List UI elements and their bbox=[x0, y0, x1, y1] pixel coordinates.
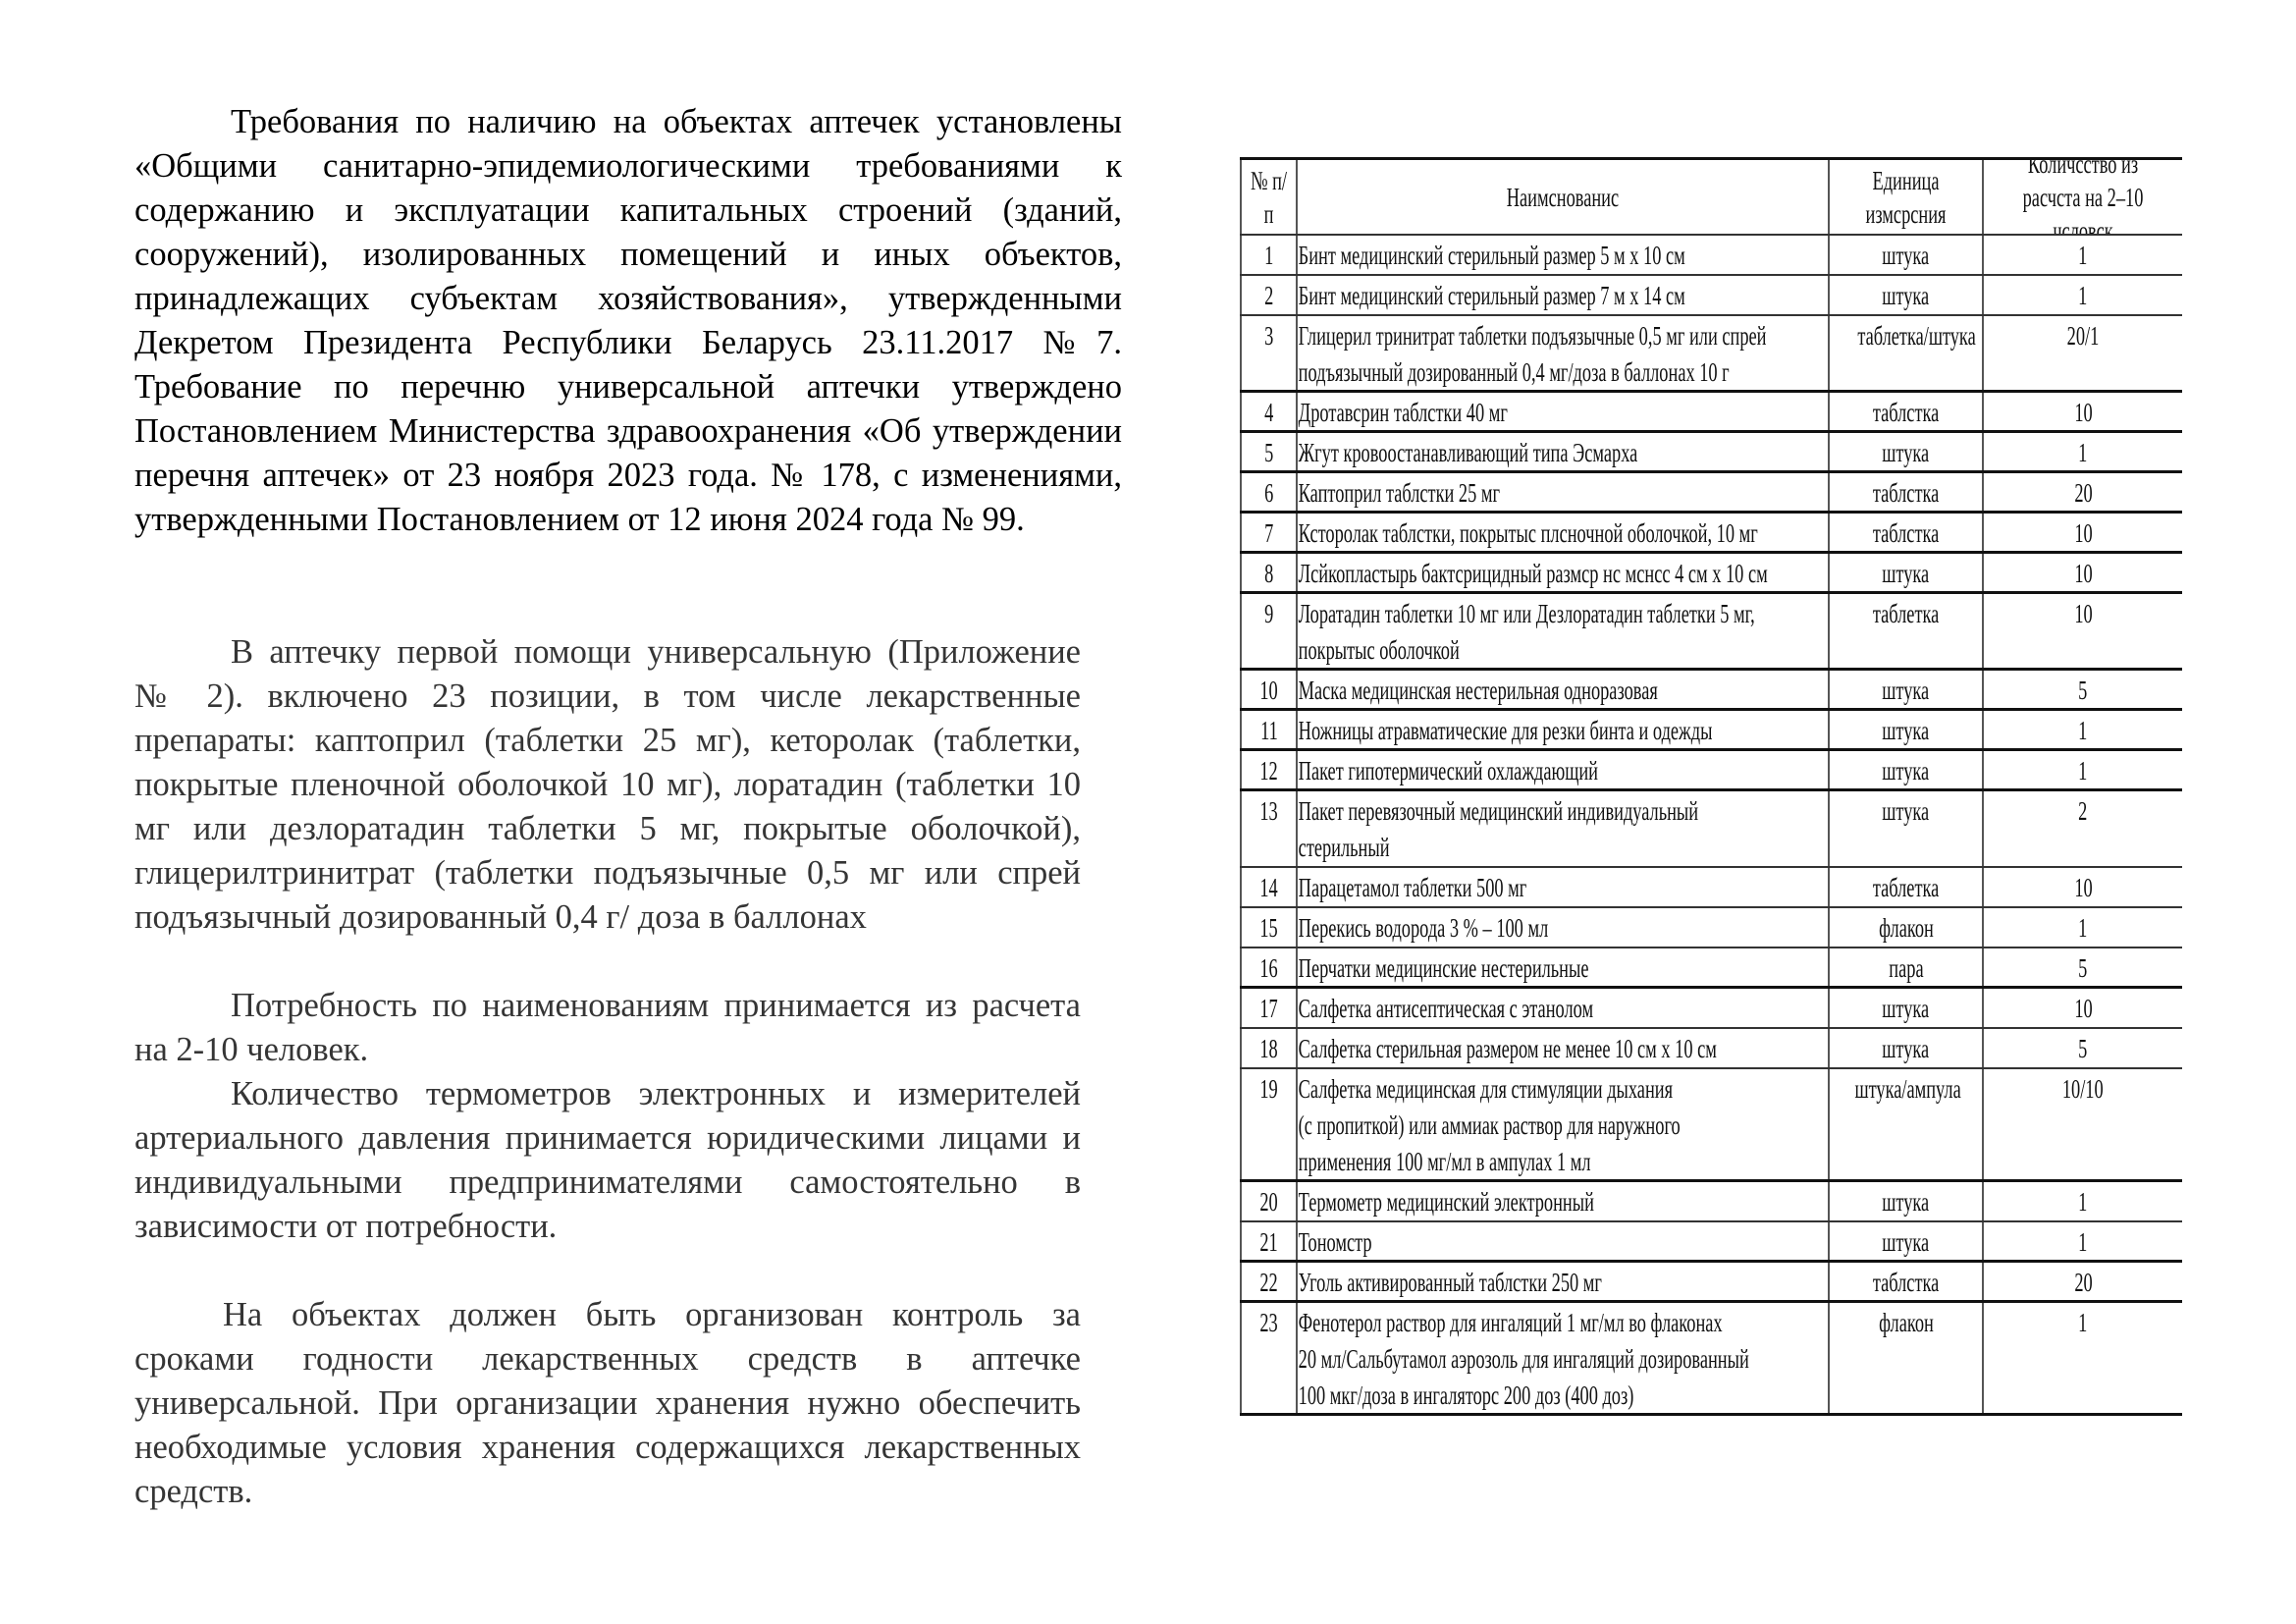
cell-number: 12 bbox=[1240, 751, 1296, 788]
item-quantity: 10 bbox=[2074, 556, 2092, 591]
row-number: 23 bbox=[1259, 1305, 1277, 1341]
paragraph-expiry-control: На объектах должен быть организован конт… bbox=[134, 1293, 1081, 1514]
table-row: 11Ножницы атравматические для резки бинт… bbox=[1240, 711, 2182, 751]
row-number: 16 bbox=[1259, 950, 1277, 986]
cell-name: Дротавсрин таблстки 40 мг bbox=[1296, 393, 1828, 430]
table-row: 1Бинт медицинский стерильный размер 5 м … bbox=[1240, 236, 2182, 276]
cell-name: Бинт медицинский стерильный размер 5 м х… bbox=[1296, 236, 1828, 274]
table-row: 8Лсйкопластырь бактсрицидный размср нс м… bbox=[1240, 554, 2182, 594]
cell-number: 2 bbox=[1240, 276, 1296, 314]
cell-name: Салфетка антисептическая с этанолом bbox=[1296, 989, 1828, 1027]
header-unit-label: Единица измсрсния bbox=[1854, 164, 1957, 231]
header-number-label: № п/п bbox=[1251, 164, 1287, 231]
table-row: 18Салфетка стерильная размером не менее … bbox=[1240, 1029, 2182, 1069]
item-unit: штука bbox=[1883, 435, 1930, 470]
cell-name: Пакет перевязочный медицинский индивидуа… bbox=[1296, 791, 1828, 866]
item-name-line: Термометр медицинский электронный bbox=[1298, 1184, 1594, 1220]
cell-number: 8 bbox=[1240, 554, 1296, 591]
cell-number: 4 bbox=[1240, 393, 1296, 430]
cell-quantity: 1 bbox=[1982, 711, 2182, 748]
cell-name: Жгут кровоостанавливающий типа Эсмарха bbox=[1296, 433, 1828, 470]
item-name-line: стерильный bbox=[1298, 830, 1390, 866]
item-name-line: применения 100 мг/мл в ампулах 1 мл bbox=[1298, 1144, 1591, 1179]
paragraph-kit-contents: В аптечку первой помощи универсальную (П… bbox=[134, 630, 1081, 940]
item-name-line: подъязычный дозированный 0,4 мг/доза в б… bbox=[1298, 354, 1730, 390]
item-quantity: 1 bbox=[2078, 238, 2087, 274]
table-row: 6Каптоприл таблстки 25 мгтаблстка20 bbox=[1240, 473, 2182, 514]
cell-unit: таблстка bbox=[1828, 1263, 1982, 1300]
table-row: 12Пакет гипотермический охлаждающийштука… bbox=[1240, 751, 2182, 791]
row-number: 5 bbox=[1264, 435, 1273, 470]
cell-number: 18 bbox=[1240, 1029, 1296, 1067]
cell-quantity: 10 bbox=[1982, 868, 2182, 906]
table-row: 10Маска медицинская нестерильная однораз… bbox=[1240, 671, 2182, 711]
cell-number: 10 bbox=[1240, 671, 1296, 708]
cell-unit: штука bbox=[1828, 989, 1982, 1027]
row-number: 19 bbox=[1259, 1071, 1277, 1108]
cell-name: Маска медицинская нестерильная одноразов… bbox=[1296, 671, 1828, 708]
item-name-line: Перекись водорода 3 % – 100 мл bbox=[1298, 910, 1548, 947]
item-name-line: Ножницы атравматические для резки бинта … bbox=[1298, 713, 1712, 748]
cell-unit: таблетка bbox=[1828, 594, 1982, 668]
item-quantity: 5 bbox=[2078, 950, 2087, 986]
cell-name: Термометр медицинский электронный bbox=[1296, 1182, 1828, 1220]
cell-quantity: 10 bbox=[1982, 514, 2182, 551]
row-number: 22 bbox=[1259, 1265, 1277, 1300]
item-name-line: Салфетка стерильная размером не менее 10… bbox=[1298, 1031, 1717, 1067]
item-unit: штука bbox=[1883, 753, 1930, 788]
table-row: 20Термометр медицинский электронныйштука… bbox=[1240, 1182, 2182, 1222]
table-row: 13Пакет перевязочный медицинский индивид… bbox=[1240, 791, 2182, 868]
row-number: 4 bbox=[1264, 395, 1273, 430]
row-number: 6 bbox=[1264, 475, 1273, 511]
cell-number: 13 bbox=[1240, 791, 1296, 866]
header-name-label: Наимснованис bbox=[1506, 181, 1619, 214]
cell-unit: флакон bbox=[1828, 1303, 1982, 1413]
row-number: 20 bbox=[1259, 1184, 1277, 1220]
paragraph-thermometers-tonometers: Количество термометров электронных и изм… bbox=[134, 1072, 1081, 1249]
cell-number: 16 bbox=[1240, 948, 1296, 986]
item-name-line: Бинт медицинский стерильный размер 5 м х… bbox=[1298, 238, 1685, 274]
item-quantity: 1 bbox=[2078, 753, 2087, 788]
cell-unit: штука bbox=[1828, 236, 1982, 274]
cell-unit: штука bbox=[1828, 791, 1982, 866]
cell-quantity: 10 bbox=[1982, 594, 2182, 668]
row-number: 13 bbox=[1259, 793, 1277, 830]
item-unit: таблстка bbox=[1873, 475, 1939, 511]
cell-number: 19 bbox=[1240, 1069, 1296, 1179]
cell-name: Бинт медицинский стерильный размер 7 м х… bbox=[1296, 276, 1828, 314]
table-header-row: № п/п Наимснованис Единица измсрсния Кол… bbox=[1240, 160, 2182, 236]
item-unit: флакон bbox=[1879, 1305, 1934, 1341]
item-unit: штука bbox=[1883, 793, 1930, 830]
row-number: 10 bbox=[1259, 673, 1277, 708]
item-name-line: 20 мл/Сальбутамол аэрозоль для ингаляций… bbox=[1298, 1341, 1749, 1378]
item-unit: штука bbox=[1883, 278, 1930, 314]
cell-number: 5 bbox=[1240, 433, 1296, 470]
row-number: 9 bbox=[1264, 596, 1273, 632]
row-number: 17 bbox=[1259, 991, 1277, 1027]
cell-quantity: 1 bbox=[1982, 1222, 2182, 1260]
cell-number: 23 bbox=[1240, 1303, 1296, 1413]
cell-number: 7 bbox=[1240, 514, 1296, 551]
cell-unit: штука bbox=[1828, 276, 1982, 314]
row-number: 3 bbox=[1264, 318, 1273, 354]
header-quantity-label: Количсство из расчста на 2–10 чсловск bbox=[2015, 160, 2150, 234]
cell-name: Парацетамол таблетки 500 мг bbox=[1296, 868, 1828, 906]
cell-quantity: 10 bbox=[1982, 554, 2182, 591]
item-quantity: 10/10 bbox=[2062, 1071, 2104, 1108]
item-unit: таблстка bbox=[1873, 515, 1939, 551]
cell-quantity: 1 bbox=[1982, 1182, 2182, 1220]
item-unit: пара bbox=[1889, 950, 1923, 986]
item-name-line: (с пропиткой) или аммиак раствор для нар… bbox=[1298, 1108, 1681, 1144]
item-unit: штука bbox=[1883, 1184, 1930, 1220]
item-quantity: 5 bbox=[2078, 1031, 2087, 1067]
item-quantity: 10 bbox=[2074, 395, 2092, 430]
item-name-line: 100 мкг/доза в ингаляторс 200 доз (400 д… bbox=[1298, 1378, 1633, 1413]
cell-name: Уголь активированный таблстки 250 мг bbox=[1296, 1263, 1828, 1300]
item-quantity: 20 bbox=[2074, 475, 2092, 511]
header-quantity: Количсство из расчста на 2–10 чсловск bbox=[1982, 160, 2182, 234]
cell-unit: штука bbox=[1828, 1222, 1982, 1260]
cell-number: 20 bbox=[1240, 1182, 1296, 1220]
row-number: 1 bbox=[1264, 238, 1273, 274]
item-unit: штука bbox=[1883, 556, 1930, 591]
cell-name: Лоратадин таблетки 10 мг или Дезлоратади… bbox=[1296, 594, 1828, 668]
table-row: 21Тономстрштука1 bbox=[1240, 1222, 2182, 1263]
cell-name: Перекись водорода 3 % – 100 мл bbox=[1296, 908, 1828, 947]
cell-name: Ножницы атравматические для резки бинта … bbox=[1296, 711, 1828, 748]
item-name-line: Лоратадин таблетки 10 мг или Дезлоратади… bbox=[1298, 596, 1755, 632]
table-row: 3Глицерил тринитрат таблетки подъязычные… bbox=[1240, 316, 2182, 393]
row-number: 8 bbox=[1264, 556, 1273, 591]
cell-number: 15 bbox=[1240, 908, 1296, 947]
cell-name: Фенотерол раствор для ингаляций 1 мг/мл … bbox=[1296, 1303, 1828, 1413]
row-number: 11 bbox=[1260, 713, 1278, 748]
cell-quantity: 20/1 bbox=[1982, 316, 2182, 390]
item-unit: штука bbox=[1883, 238, 1930, 274]
item-quantity: 10 bbox=[2074, 991, 2092, 1027]
cell-number: 21 bbox=[1240, 1222, 1296, 1260]
cell-unit: таблетка bbox=[1828, 868, 1982, 906]
table-row: 5Жгут кровоостанавливающий типа Эсмархаш… bbox=[1240, 433, 2182, 473]
header-number: № п/п bbox=[1240, 160, 1296, 234]
cell-name: Ксторолак таблстки, покрытыс плсночной о… bbox=[1296, 514, 1828, 551]
header-name: Наимснованис bbox=[1296, 160, 1828, 234]
item-name-line: Фенотерол раствор для ингаляций 1 мг/мл … bbox=[1298, 1305, 1723, 1341]
item-quantity: 1 bbox=[2078, 1184, 2087, 1220]
item-quantity: 1 bbox=[2078, 1305, 2087, 1341]
cell-unit: штука bbox=[1828, 671, 1982, 708]
table-row: 2Бинт медицинский стерильный размер 7 м … bbox=[1240, 276, 2182, 316]
row-number: 14 bbox=[1259, 870, 1277, 906]
item-quantity: 10 bbox=[2074, 870, 2092, 906]
paragraph-quantity-basis: Потребность по наименованиям принимается… bbox=[134, 984, 1081, 1072]
table-row: 9Лоратадин таблетки 10 мг или Дезлоратад… bbox=[1240, 594, 2182, 671]
item-quantity: 5 bbox=[2078, 673, 2087, 708]
item-unit: штука bbox=[1883, 713, 1930, 748]
item-quantity: 10 bbox=[2074, 596, 2092, 632]
item-name-line: Бинт медицинский стерильный размер 7 м х… bbox=[1298, 278, 1685, 314]
item-name-line: Дротавсрин таблстки 40 мг bbox=[1298, 395, 1508, 430]
item-name-line: Жгут кровоостанавливающий типа Эсмарха bbox=[1298, 435, 1637, 470]
item-quantity: 1 bbox=[2078, 435, 2087, 470]
cell-name: Глицерил тринитрат таблетки подъязычные … bbox=[1296, 316, 1828, 390]
row-number: 7 bbox=[1264, 515, 1273, 551]
item-name-line: Салфетка антисептическая с этанолом bbox=[1298, 991, 1593, 1027]
cell-number: 11 bbox=[1240, 711, 1296, 748]
cell-name: Каптоприл таблстки 25 мг bbox=[1296, 473, 1828, 511]
item-name-line: Перчатки медицинские нестерильные bbox=[1298, 950, 1588, 986]
cell-number: 14 bbox=[1240, 868, 1296, 906]
item-unit: штука bbox=[1883, 991, 1930, 1027]
item-quantity: 2 bbox=[2078, 793, 2087, 830]
table-body: 1Бинт медицинский стерильный размер 5 м … bbox=[1240, 236, 2182, 1416]
cell-quantity: 1 bbox=[1982, 276, 2182, 314]
cell-unit: таблстка bbox=[1828, 473, 1982, 511]
row-number: 15 bbox=[1259, 910, 1277, 947]
cell-unit: штука bbox=[1828, 751, 1982, 788]
item-name-line: покрытыс оболочкой bbox=[1298, 632, 1460, 668]
cell-name: Салфетка стерильная размером не менее 10… bbox=[1296, 1029, 1828, 1067]
item-name-line: Парацетамол таблетки 500 мг bbox=[1298, 870, 1526, 906]
item-quantity: 20/1 bbox=[2067, 318, 2100, 354]
item-name-line: Лсйкопластырь бактсрицидный размср нс мс… bbox=[1298, 556, 1768, 591]
row-number: 12 bbox=[1259, 753, 1277, 788]
item-unit: штука bbox=[1883, 1224, 1930, 1260]
cell-unit: штука bbox=[1828, 711, 1982, 748]
cell-number: 1 bbox=[1240, 236, 1296, 274]
cell-quantity: 1 bbox=[1982, 1303, 2182, 1413]
cell-unit: штука/ампула bbox=[1828, 1069, 1982, 1179]
cell-unit: штука bbox=[1828, 433, 1982, 470]
cell-unit: штука bbox=[1828, 1029, 1982, 1067]
cell-number: 6 bbox=[1240, 473, 1296, 511]
cell-number: 22 bbox=[1240, 1263, 1296, 1300]
item-name-line: Пакет перевязочный медицинский индивидуа… bbox=[1298, 793, 1698, 830]
first-aid-kit-table: № п/п Наимснованис Единица измсрсния Кол… bbox=[1240, 157, 2182, 1416]
cell-quantity: 10 bbox=[1982, 393, 2182, 430]
cell-number: 3 bbox=[1240, 316, 1296, 390]
cell-quantity: 2 bbox=[1982, 791, 2182, 866]
table-row: 16Перчатки медицинские нестерильныепара5 bbox=[1240, 948, 2182, 989]
table-row: 7Ксторолак таблстки, покрытыс плсночной … bbox=[1240, 514, 2182, 554]
cell-unit: штука bbox=[1828, 554, 1982, 591]
cell-unit: таблстка bbox=[1828, 393, 1982, 430]
cell-quantity: 10/10 bbox=[1982, 1069, 2182, 1179]
cell-unit: штука bbox=[1828, 1182, 1982, 1220]
cell-quantity: 20 bbox=[1982, 1263, 2182, 1300]
item-quantity: 1 bbox=[2078, 713, 2087, 748]
cell-quantity: 1 bbox=[1982, 236, 2182, 274]
cell-unit: пара bbox=[1828, 948, 1982, 986]
item-quantity: 20 bbox=[2074, 1265, 2092, 1300]
paragraph-requirements-legal-basis: Требования по наличию на объектах аптече… bbox=[134, 100, 1122, 542]
item-name-line: Уголь активированный таблстки 250 мг bbox=[1298, 1265, 1602, 1300]
cell-quantity: 1 bbox=[1982, 751, 2182, 788]
header-unit: Единица измсрсния bbox=[1828, 160, 1982, 234]
item-unit: таблетка/штука bbox=[1857, 318, 1975, 354]
table-row: 22Уголь активированный таблстки 250 мгта… bbox=[1240, 1263, 2182, 1303]
table-row: 17Салфетка антисептическая с этаноломшту… bbox=[1240, 989, 2182, 1029]
item-quantity: 1 bbox=[2078, 1224, 2087, 1260]
cell-unit: флакон bbox=[1828, 908, 1982, 947]
item-name-line: Глицерил тринитрат таблетки подъязычные … bbox=[1298, 318, 1766, 354]
cell-quantity: 5 bbox=[1982, 948, 2182, 986]
item-unit: штука bbox=[1883, 1031, 1930, 1067]
item-unit: таблетка bbox=[1873, 596, 1939, 632]
cell-name: Пакет гипотермический охлаждающий bbox=[1296, 751, 1828, 788]
cell-quantity: 20 bbox=[1982, 473, 2182, 511]
item-name-line: Маска медицинская нестерильная одноразов… bbox=[1298, 673, 1658, 708]
table-row: 23Фенотерол раствор для ингаляций 1 мг/м… bbox=[1240, 1303, 2182, 1416]
item-quantity: 1 bbox=[2078, 910, 2087, 947]
cell-number: 9 bbox=[1240, 594, 1296, 668]
cell-quantity: 10 bbox=[1982, 989, 2182, 1027]
item-unit: флакон bbox=[1879, 910, 1934, 947]
item-unit: таблетка bbox=[1873, 870, 1939, 906]
table-row: 15Перекись водорода 3 % – 100 млфлакон1 bbox=[1240, 908, 2182, 948]
cell-name: Тономстр bbox=[1296, 1222, 1828, 1260]
item-name-line: Ксторолак таблстки, покрытыс плсночной о… bbox=[1298, 515, 1758, 551]
item-quantity: 1 bbox=[2078, 278, 2087, 314]
cell-quantity: 5 bbox=[1982, 671, 2182, 708]
row-number: 18 bbox=[1259, 1031, 1277, 1067]
row-number: 21 bbox=[1259, 1224, 1277, 1260]
item-name-line: Салфетка медицинская для стимуляции дыха… bbox=[1298, 1071, 1673, 1108]
table-row: 14Парацетамол таблетки 500 мгтаблетка10 bbox=[1240, 868, 2182, 908]
cell-unit: таблстка bbox=[1828, 514, 1982, 551]
item-name-line: Каптоприл таблстки 25 мг bbox=[1298, 475, 1500, 511]
item-unit: штука/ампула bbox=[1854, 1071, 1960, 1108]
item-unit: штука bbox=[1883, 673, 1930, 708]
cell-quantity: 5 bbox=[1982, 1029, 2182, 1067]
item-name-line: Пакет гипотермический охлаждающий bbox=[1298, 753, 1598, 788]
table-row: 19Салфетка медицинская для стимуляции ды… bbox=[1240, 1069, 2182, 1182]
cell-name: Перчатки медицинские нестерильные bbox=[1296, 948, 1828, 986]
item-unit: таблстка bbox=[1873, 395, 1939, 430]
cell-name: Лсйкопластырь бактсрицидный размср нс мс… bbox=[1296, 554, 1828, 591]
item-quantity: 10 bbox=[2074, 515, 2092, 551]
cell-quantity: 1 bbox=[1982, 433, 2182, 470]
cell-number: 17 bbox=[1240, 989, 1296, 1027]
cell-unit: таблетка/штука bbox=[1828, 316, 1982, 390]
row-number: 2 bbox=[1264, 278, 1273, 314]
item-unit: таблстка bbox=[1873, 1265, 1939, 1300]
item-name-line: Тономстр bbox=[1298, 1224, 1372, 1260]
cell-quantity: 1 bbox=[1982, 908, 2182, 947]
table-row: 4Дротавсрин таблстки 40 мгтаблстка10 bbox=[1240, 393, 2182, 433]
cell-name: Салфетка медицинская для стимуляции дыха… bbox=[1296, 1069, 1828, 1179]
